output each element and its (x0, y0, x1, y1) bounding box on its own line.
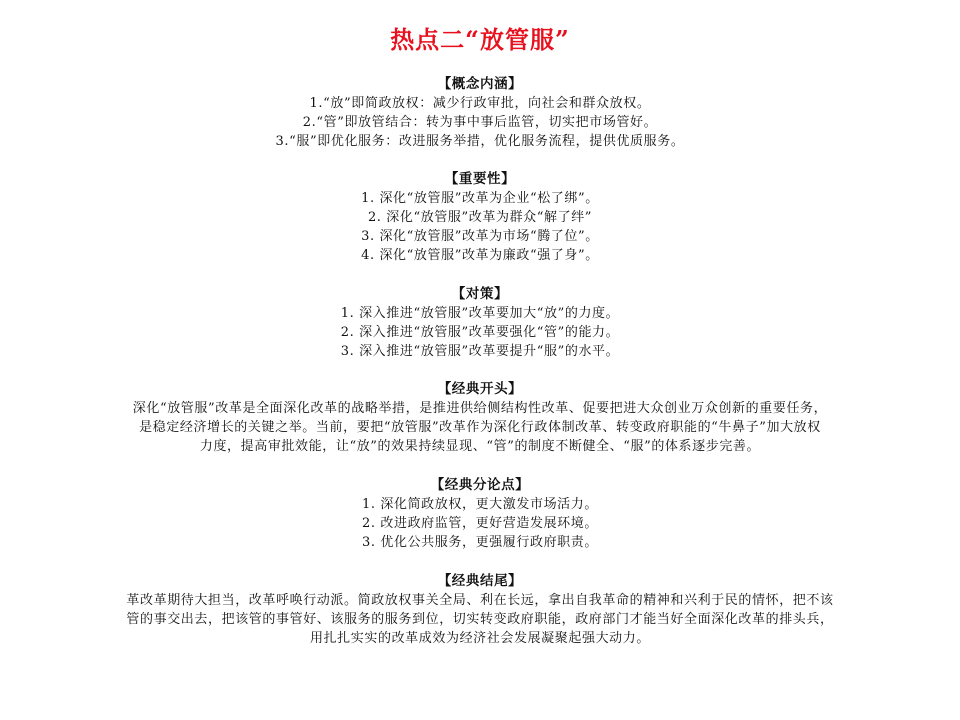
opening-line-1: 深化“放管服”改革是全面深化改革的战略举措，是推进供给侧结构性改革、促要把进大众… (0, 399, 960, 418)
concept-line-3: 3.“服”即优化服务：改进服务举措，优化服务流程，提供优质服务。 (0, 132, 960, 151)
importance-line-2: 2. 深化“放管服”改革为群众“解了绊” (0, 208, 960, 227)
arguments-line-1: 1. 深化简政放权，更大激发市场活力。 (0, 495, 960, 514)
section-heading-importance: 【重要性】 (0, 170, 960, 189)
arguments-line-3: 3. 优化公共服务，更强履行政府职责。 (0, 533, 960, 552)
section-heading-arguments: 【经典分论点】 (0, 476, 960, 495)
importance-line-4: 4. 深化“放管服”改革为廉政“强了身”。 (0, 246, 960, 265)
concept-line-2: 2.“管”即放管结合：转为事中事后监管，切实把市场管好。 (0, 113, 960, 132)
importance-line-3: 3. 深化“放管服”改革为市场“腾了位”。 (0, 227, 960, 246)
document-page: 热点二“放管服” 【概念内涵】 1.“放”即简政放权：减少行政审批，向社会和群众… (0, 0, 960, 720)
importance-line-1: 1. 深化“放管服”改革为企业“松了绑”。 (0, 189, 960, 208)
ending-line-1: 革改革期待大担当，改革呼唤行动派。简政放权事关全局、利在长远，拿出自我革命的精神… (0, 591, 960, 610)
section-heading-ending: 【经典结尾】 (0, 572, 960, 591)
section-heading-measures: 【对策】 (0, 285, 960, 304)
page-title: 热点二“放管服” (0, 24, 960, 56)
ending-line-3: 用扎扎实实的改革成效为经济社会发展凝聚起强大动力。 (0, 629, 960, 648)
opening-line-2: 是稳定经济增长的关键之举。当前，要把“放管服”改革作为深化行政体制改革、转变政府… (0, 418, 960, 437)
measures-line-3: 3. 深入推进“放管服”改革要提升“服”的水平。 (0, 342, 960, 361)
opening-line-3: 力度，提高审批效能，让“放”的效果持续显现、“管”的制度不断健全、“服”的体系逐… (0, 437, 960, 456)
measures-line-1: 1. 深入推进“放管服”改革要加大“放”的力度。 (0, 304, 960, 323)
ending-line-2: 管的事交出去，把该管的事管好、该服务的服务到位，切实转变政府职能，政府部门才能当… (0, 610, 960, 629)
arguments-line-2: 2. 改进政府监管，更好营造发展环境。 (0, 514, 960, 533)
concept-line-1: 1.“放”即简政放权：减少行政审批，向社会和群众放权。 (0, 94, 960, 113)
section-heading-opening: 【经典开头】 (0, 380, 960, 399)
measures-line-2: 2. 深入推进“放管服”改革要强化“管”的能力。 (0, 323, 960, 342)
section-heading-concept: 【概念内涵】 (0, 75, 960, 94)
